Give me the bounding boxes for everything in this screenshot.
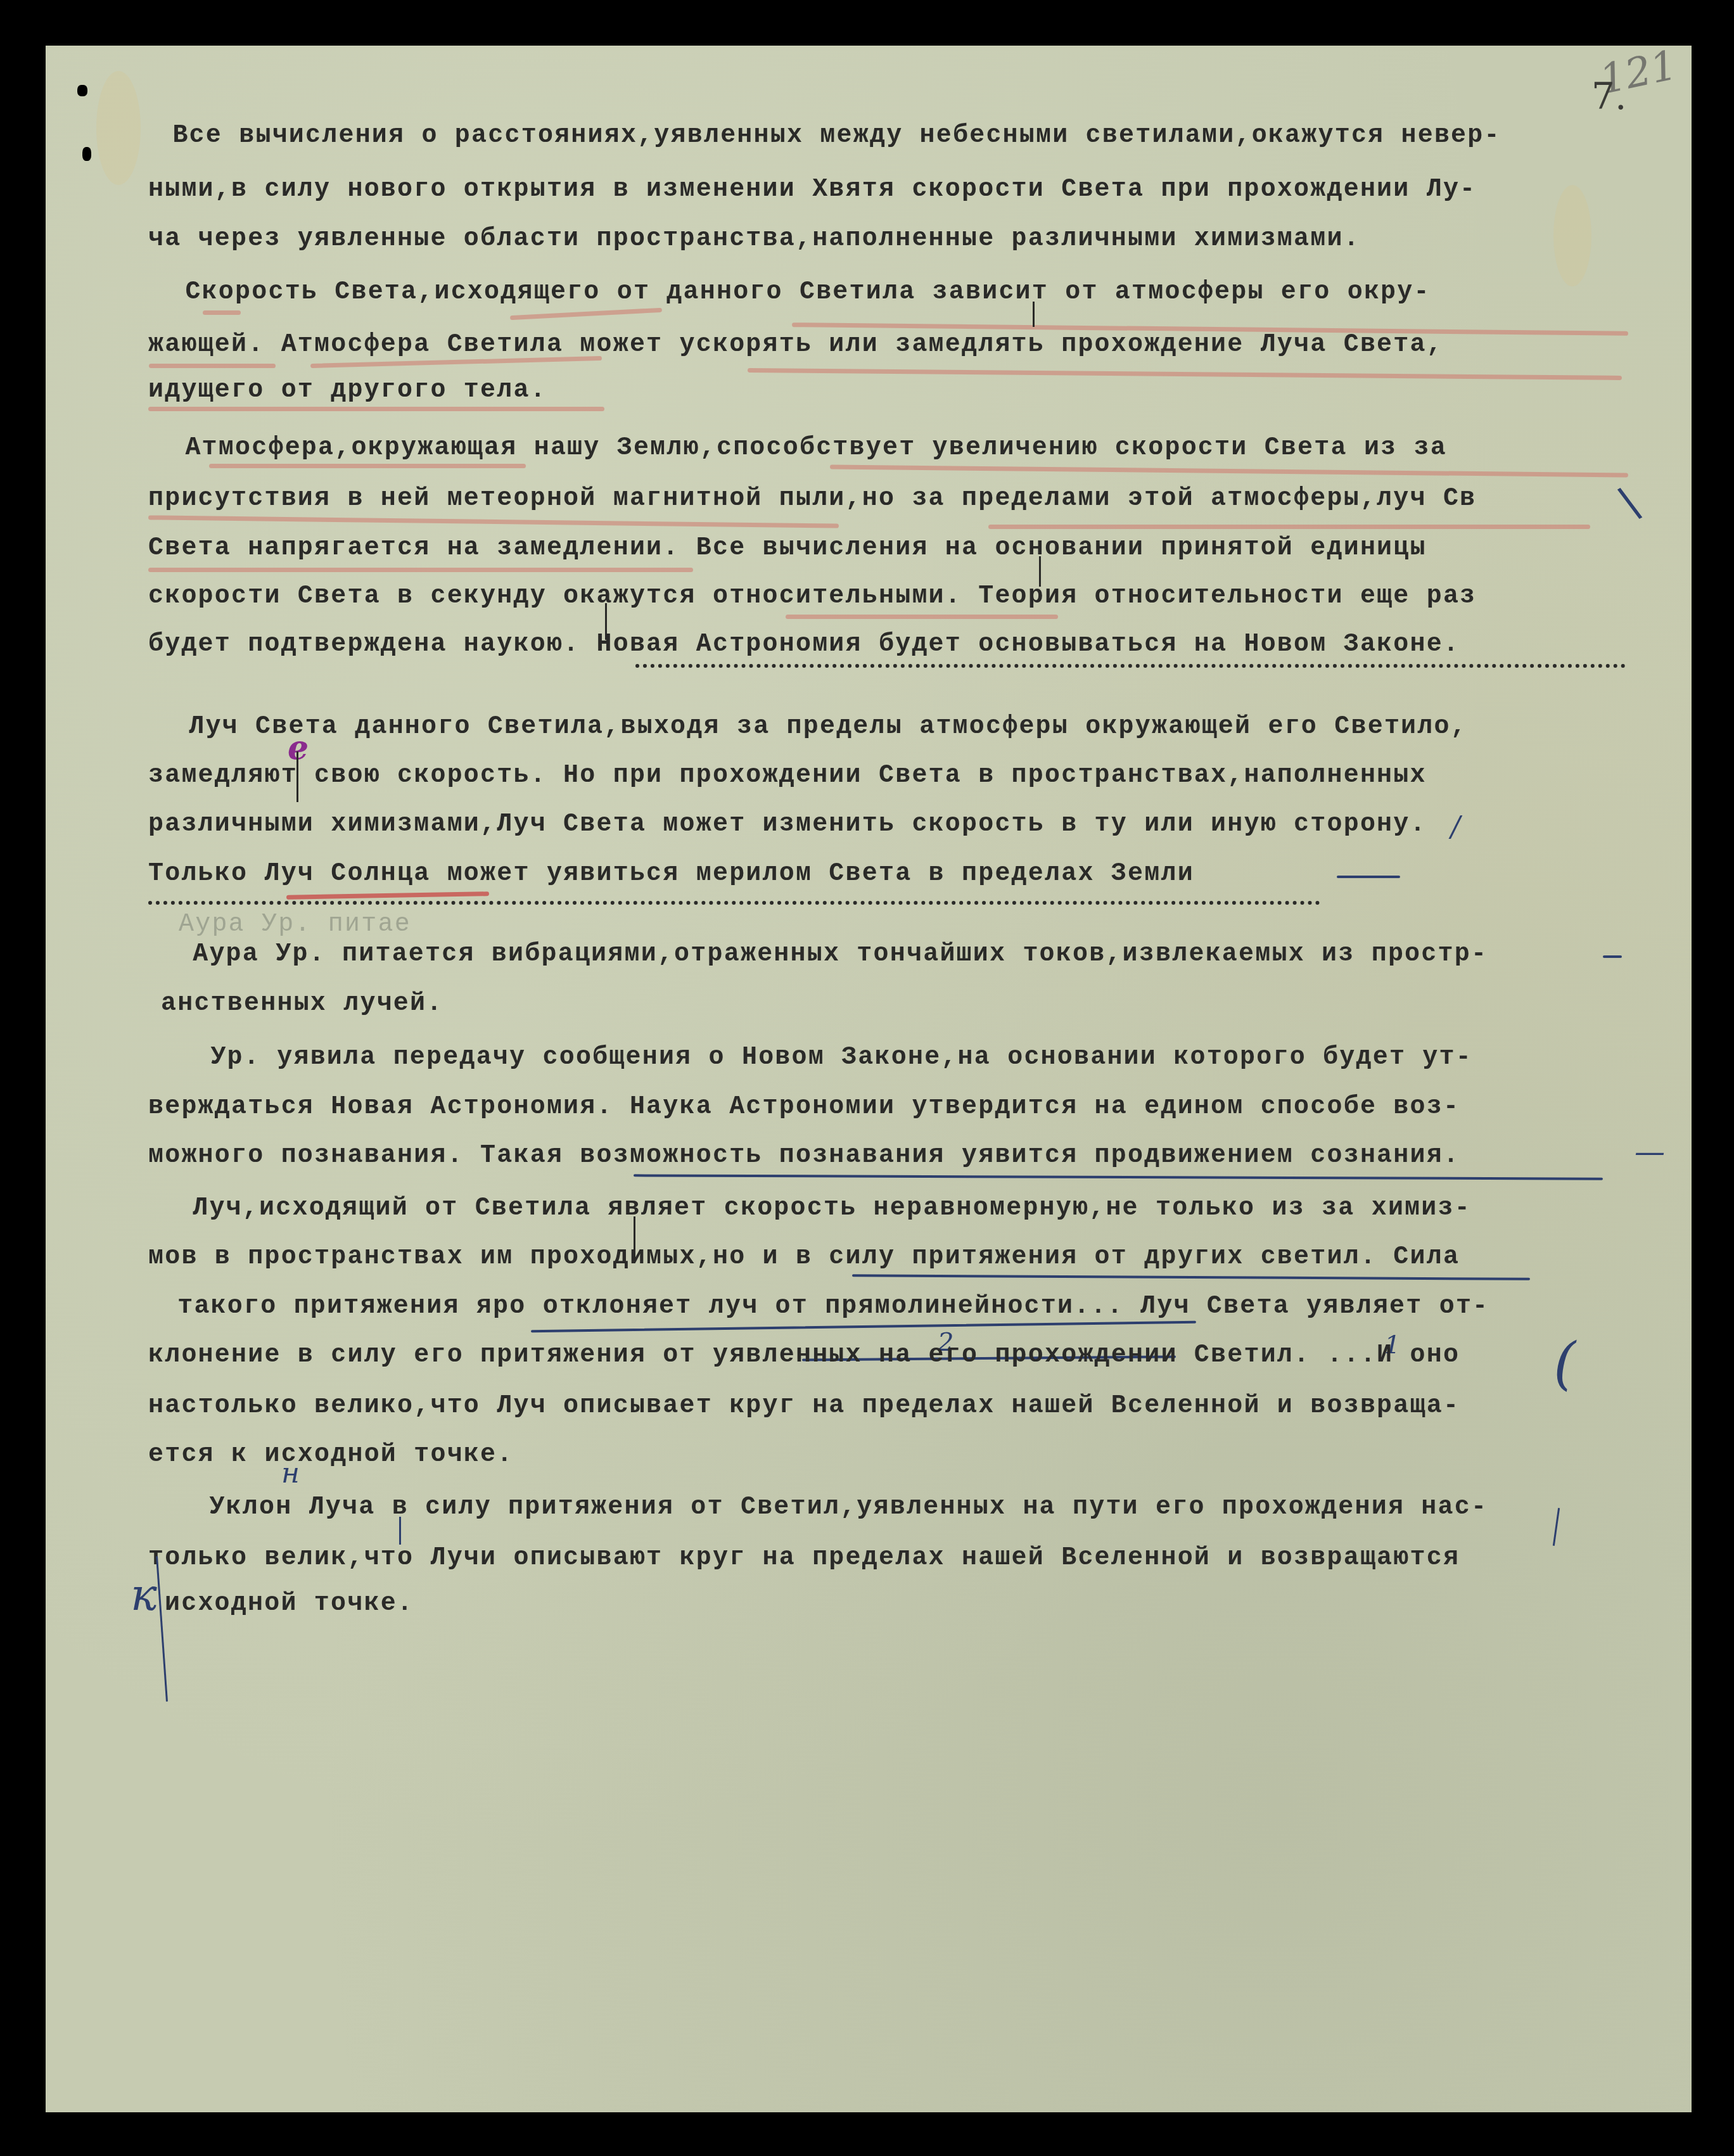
handwritten-insert: н — [281, 1457, 300, 1489]
faint-overtyped-text: Аура Ур. питае — [179, 910, 411, 940]
insertion-mark — [399, 1517, 401, 1545]
punch-hole — [82, 147, 91, 161]
text-line: жающей. Атмосфера Светила может ускорять… — [148, 330, 1443, 360]
paper-stain — [96, 71, 141, 185]
text-line: Ур. уявила передачу сообщения о Новом За… — [177, 1043, 1472, 1073]
red-underline — [148, 568, 693, 572]
text-line: исходной точке. — [165, 1589, 414, 1619]
text-line: Луч Света данного Светила,выходя за пред… — [172, 712, 1467, 743]
text-line: только велик,что Лучи описывают круг на … — [148, 1543, 1460, 1574]
text-line: ными,в силу нового открытия в изменении … — [148, 175, 1476, 205]
red-underline — [988, 525, 1590, 529]
text-line: клонение в силу его притяжения от уявлен… — [148, 1341, 1460, 1371]
insertion-mark — [1033, 302, 1035, 327]
text-line: верждаться Новая Астрономия. Наука Астро… — [148, 1092, 1460, 1123]
handwritten-insert: к — [131, 1569, 157, 1621]
text-line: анственных лучей. — [161, 989, 443, 1019]
typed-page-number: 7. — [1591, 75, 1626, 118]
text-line: Уклон Луча в силу притяжения от Светил,у… — [176, 1493, 1488, 1523]
text-line: можного познавания. Такая возможность по… — [148, 1141, 1460, 1171]
strike-mark — [1603, 955, 1622, 958]
text-line: Света напрягается на замедлении. Все выч… — [148, 533, 1427, 564]
text-line: Скорость Света,исходящего от данного Све… — [152, 277, 1431, 308]
text-line: Все вычисления о расстояниях,уявленных м… — [139, 121, 1501, 151]
typed-dash-separator — [635, 664, 1626, 668]
red-underline — [148, 407, 604, 411]
blue-underline — [1337, 876, 1400, 878]
text-line: присутствия в ней метеорной магнитной пы… — [148, 484, 1476, 514]
text-line: такого притяжения ярo отклоняет луч от п… — [161, 1292, 1489, 1322]
handwritten-correction: / — [1451, 811, 1460, 843]
text-line: мов в пространствах им проходимых,но и в… — [148, 1242, 1460, 1273]
text-line: различными химизмами,Луч Света может изм… — [148, 810, 1427, 840]
typed-dash-separator — [148, 901, 1320, 905]
punch-hole — [77, 85, 87, 96]
paper-stain — [1553, 185, 1591, 286]
text-line: ча через уявленные области пространства,… — [148, 224, 1360, 255]
handwritten-paren: ( — [1553, 1330, 1576, 1397]
text-line: скорости Света в секунду окажутся относи… — [148, 582, 1476, 612]
red-underline — [203, 310, 241, 315]
margin-mark: — — [1635, 1134, 1665, 1170]
red-underline — [209, 464, 526, 468]
text-line: будет подтверждена наукою. Новая Астроно… — [148, 630, 1460, 660]
text-line: Атмосфера,окружающая нашу Землю,способст… — [152, 433, 1447, 464]
text-line: ется к исходной точке. — [148, 1440, 514, 1470]
text-line: Луч,исходящий от Светила являет скорость… — [176, 1194, 1471, 1224]
text-line: идущего от другого тела. — [148, 376, 547, 406]
red-underline — [149, 364, 276, 368]
text-line: настолько велико,что Луч описывает круг … — [148, 1391, 1460, 1422]
text-line: Аура Ур. питается вибрациями,отраженных … — [176, 940, 1488, 970]
text-line: замедляют свою скорость. Но при прохожде… — [148, 761, 1427, 791]
text-line: Только Луч Солнца может уявиться мерилом… — [148, 859, 1194, 890]
red-underline — [786, 615, 1058, 619]
